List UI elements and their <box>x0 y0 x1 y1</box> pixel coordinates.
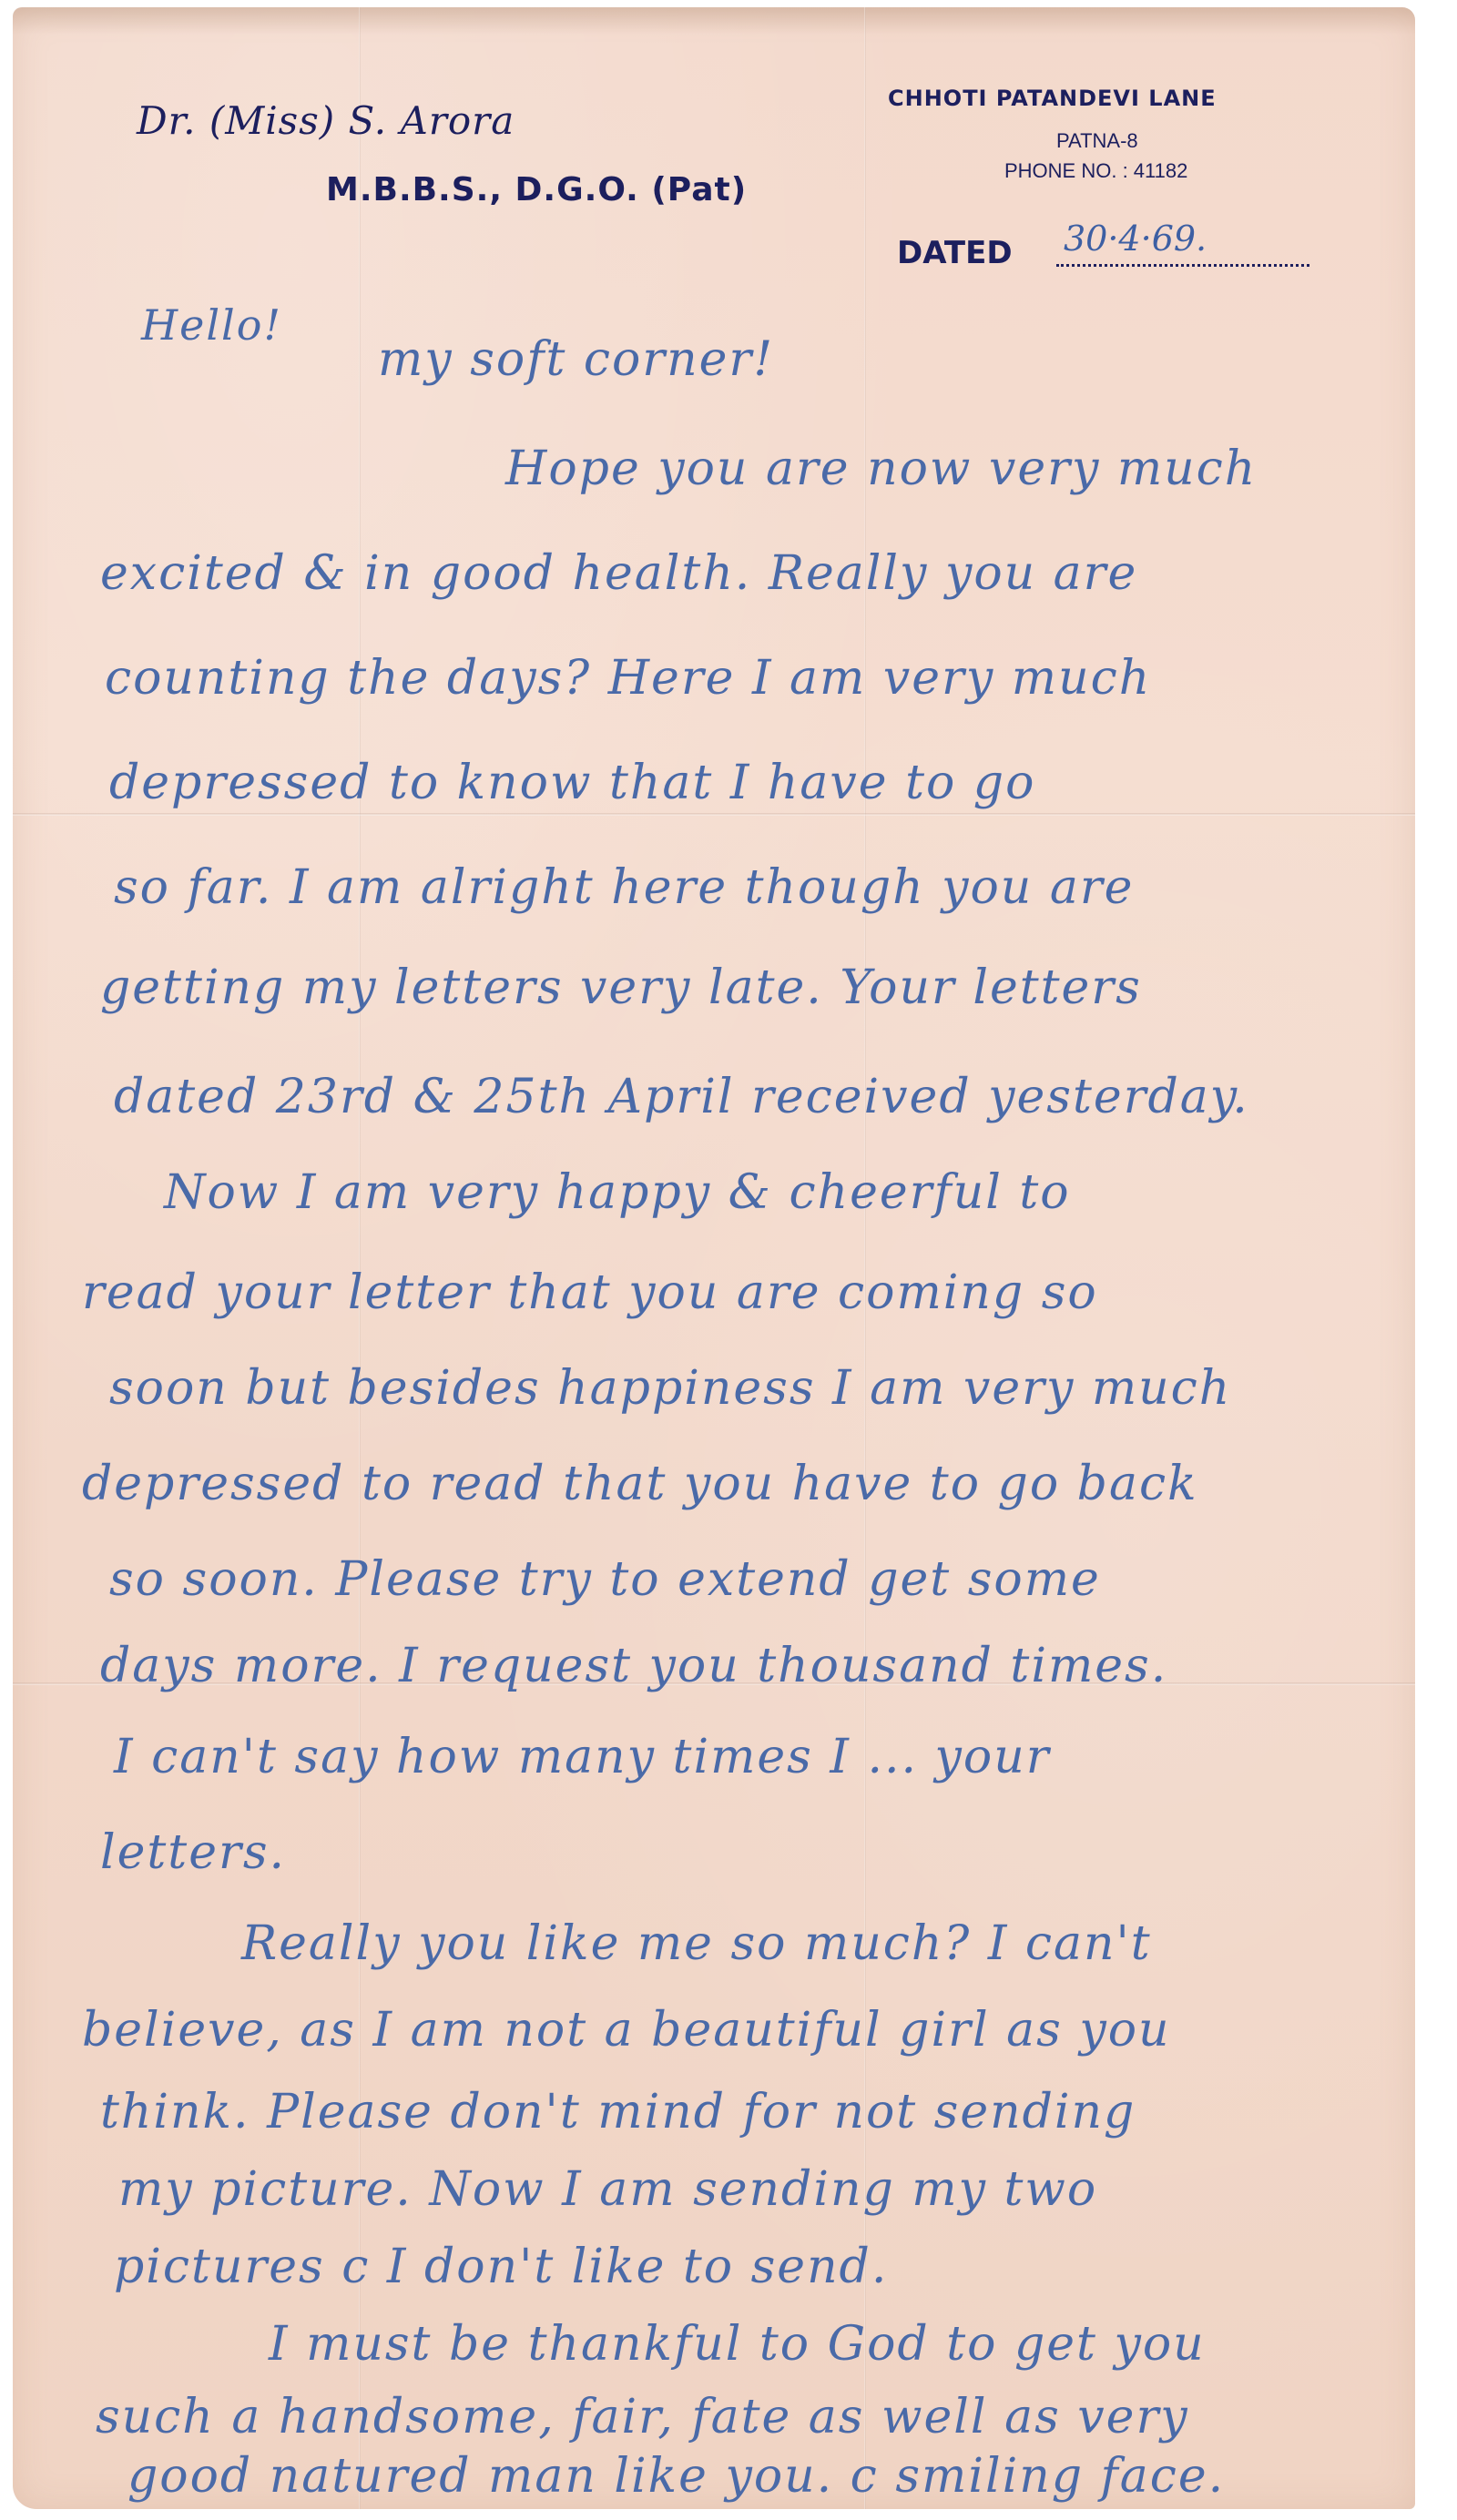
letter-line: counting the days? Here I am very much <box>105 651 1151 706</box>
letter-line: such a handsome, fair, fate as well as v… <box>96 2390 1189 2444</box>
letter-line: think. Please don't mind for not sending <box>100 2085 1136 2139</box>
letter-line: depressed to know that I have to go <box>109 756 1035 810</box>
paper-stain <box>13 7 1415 35</box>
address-street: CHHOTI PATANDEVI LANE <box>888 86 1217 111</box>
letterhead-name: Dr. (Miss) S. Arora <box>137 98 515 143</box>
letter-line: I can't say how many times I ... your <box>114 1730 1051 1784</box>
letter-line: soon but besides happiness I am very muc… <box>109 1361 1231 1416</box>
letter-line: so far. I am alright here though you are <box>114 860 1134 915</box>
letter-line: excited & in good health. Really you are <box>100 546 1137 601</box>
letter-line: read your letter that you are coming so <box>82 1265 1098 1320</box>
address-city: PATNA-8 <box>1056 129 1138 153</box>
letter-line: getting my letters very late. Your lette… <box>100 960 1142 1015</box>
letter-line: days more. I request you thousand times. <box>100 1639 1167 1693</box>
greeting-hello: Hello! <box>141 300 282 350</box>
greeting-salutation: my soft corner! <box>378 332 774 387</box>
letter-line: I must be thankful to God to get you <box>269 2317 1206 2372</box>
letter-line: believe, as I am not a beautiful girl as… <box>82 2003 1171 2058</box>
letter-line: Now I am very happy & cheerful to <box>164 1165 1071 1220</box>
letter-line: Really you like me so much? I can't <box>241 1916 1152 1971</box>
letter-line: good natured man like you. c smiling fac… <box>127 2449 1225 2504</box>
dated-value: 30·4·69. <box>1056 218 1309 267</box>
letter-line: dated 23rd & 25th April received yesterd… <box>114 1070 1249 1124</box>
fold-line <box>13 813 1415 816</box>
address-phone: PHONE NO. : 41182 <box>1004 159 1187 183</box>
letter-line: depressed to read that you have to go ba… <box>82 1457 1198 1511</box>
letter-line: so soon. Please try to extend get some <box>109 1552 1101 1607</box>
letterhead-qualifications: M.B.B.S., D.G.O. (Pat) <box>326 171 747 208</box>
dated-label: DATED <box>897 235 1013 271</box>
letter-line: Hope you are now very much <box>505 442 1257 496</box>
letter-line: my picture. Now I am sending my two <box>118 2162 1097 2217</box>
letter-line: letters. <box>100 1825 286 1880</box>
letter-line: pictures c I don't like to send. <box>114 2240 888 2294</box>
